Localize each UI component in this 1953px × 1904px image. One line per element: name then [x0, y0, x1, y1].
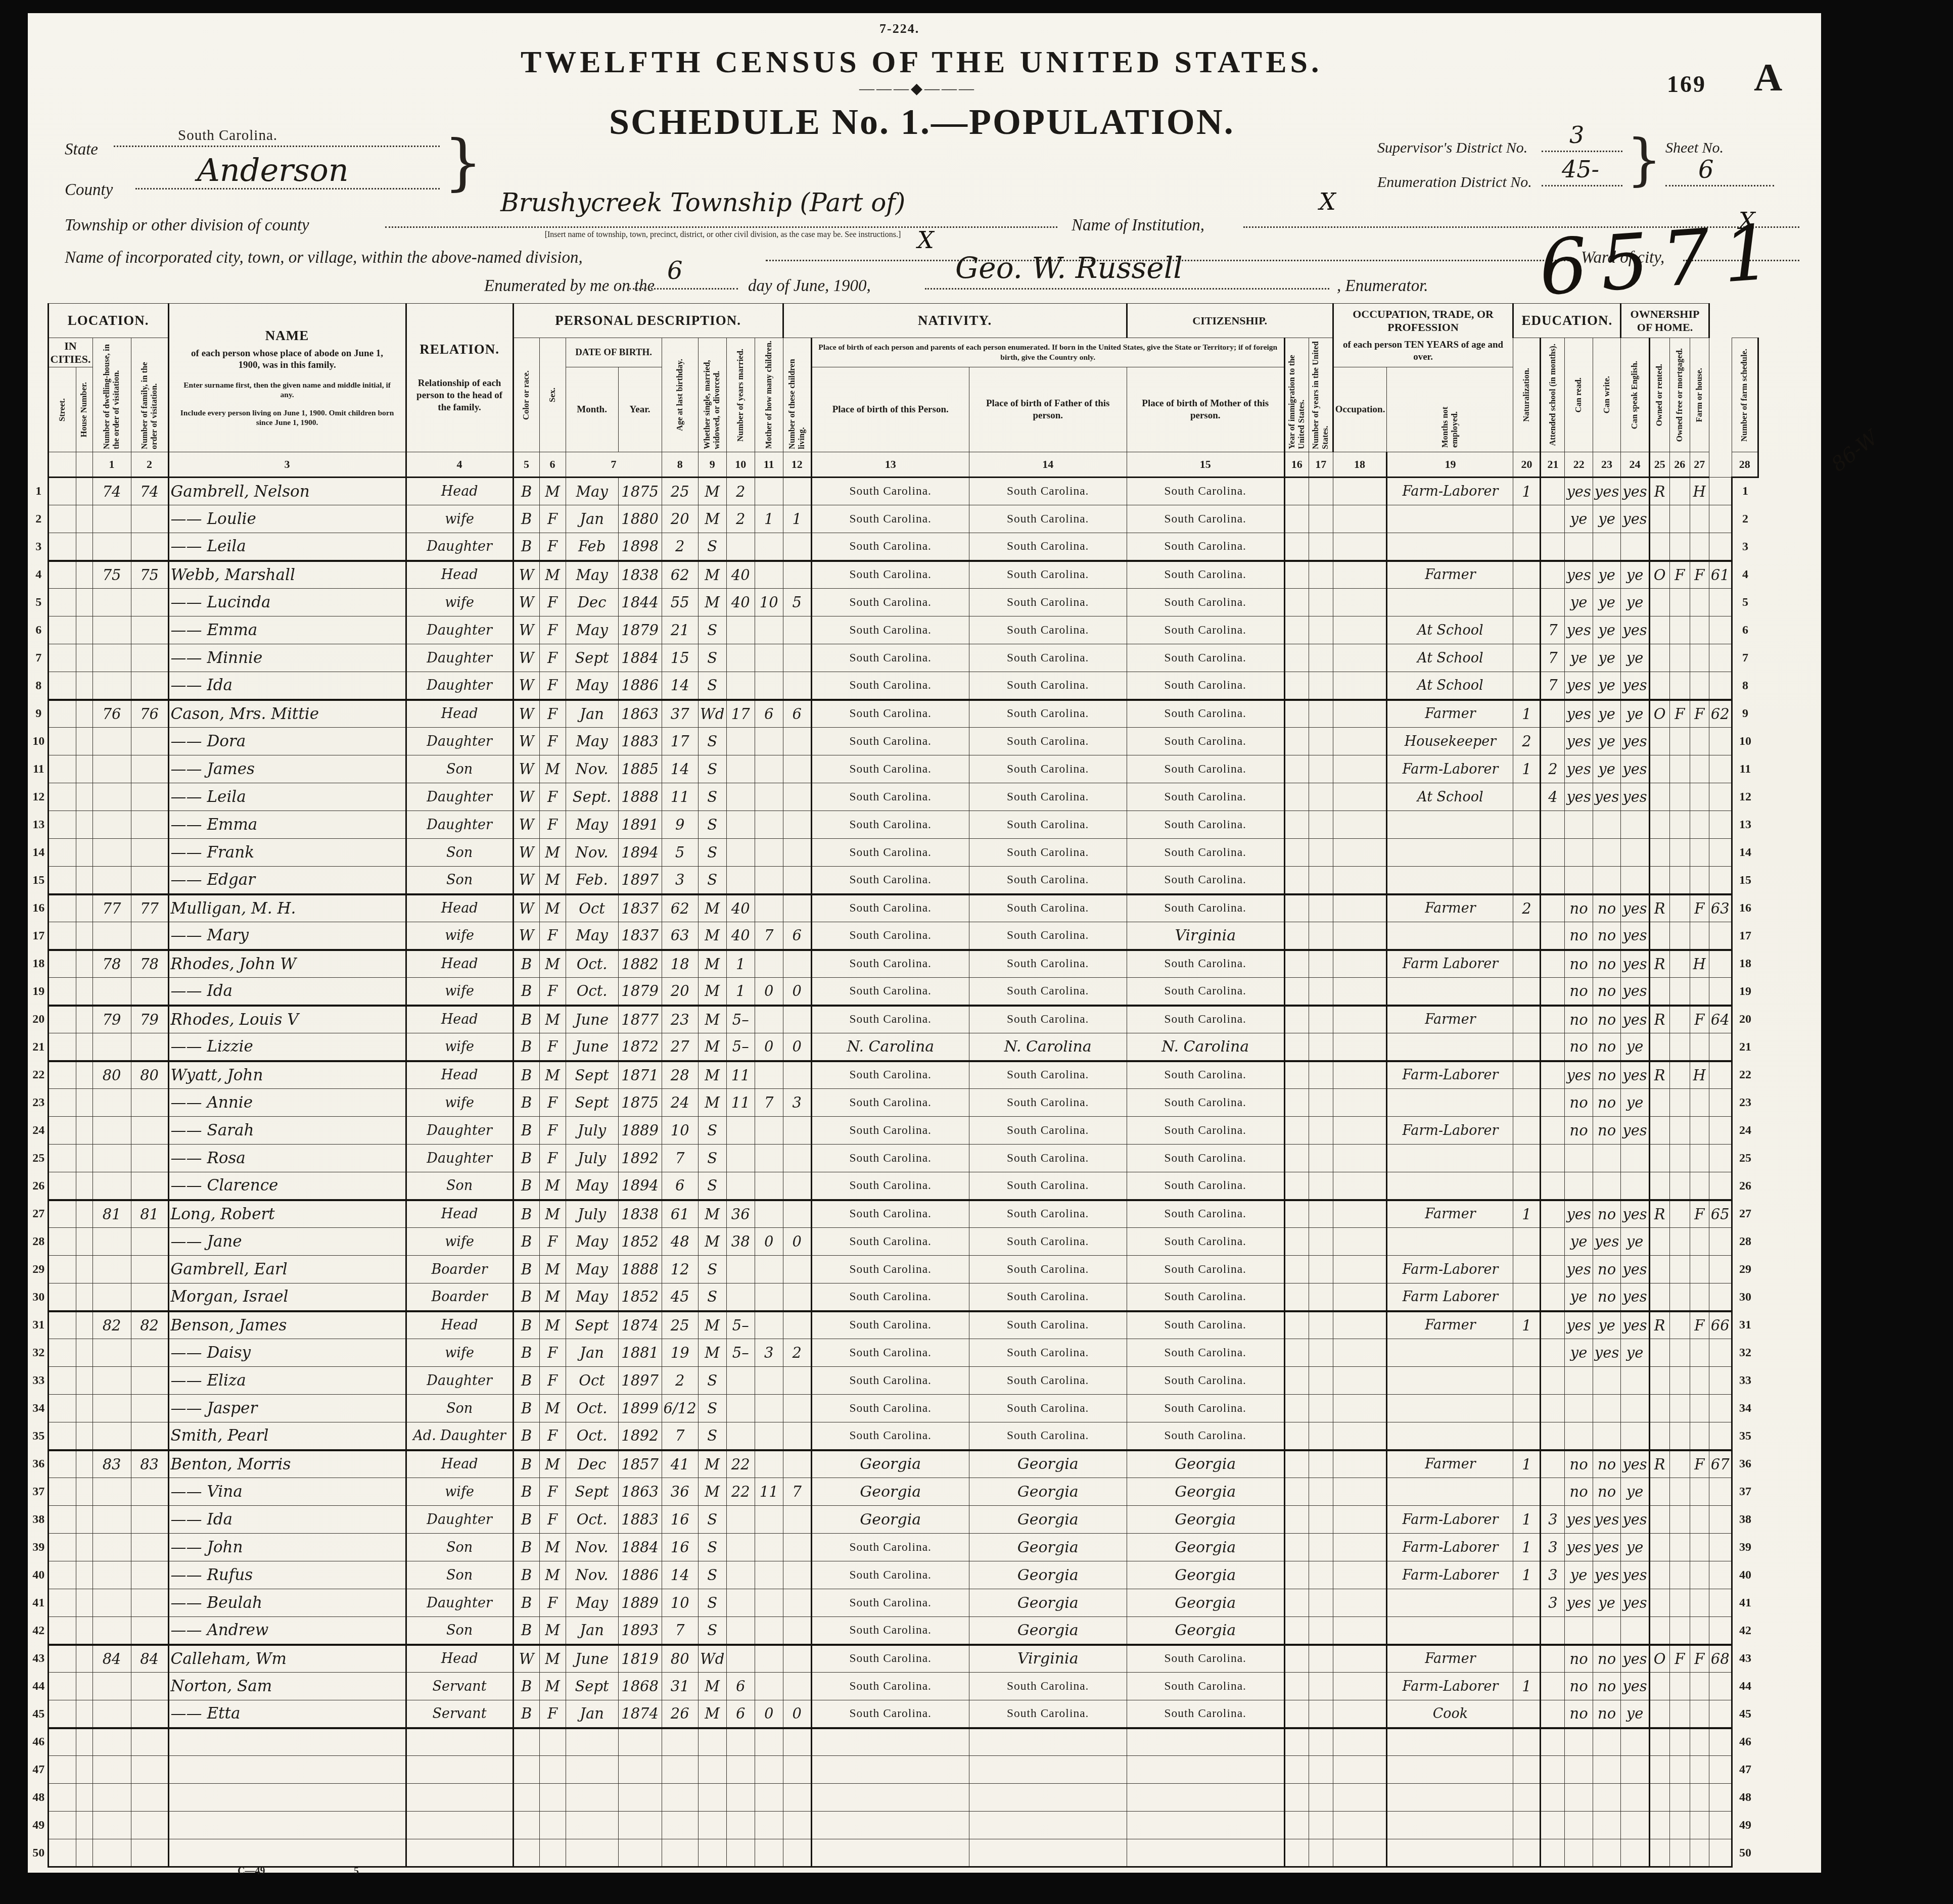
cell-birth-month: Feb [566, 533, 618, 561]
cell-can-read: yes [1565, 1061, 1593, 1089]
cell-family-number: 79 [131, 1006, 168, 1033]
cell-months-not-employed [1513, 1422, 1541, 1450]
cell-birth-month: Oct. [566, 950, 618, 978]
corner-handwritten-scrawl: 6571 [1537, 208, 1788, 312]
cell-color: B [513, 478, 539, 505]
cell-farm-schedule [1709, 728, 1732, 755]
cell-birth-month: Oct [566, 1367, 618, 1395]
family-label: Number of family, in the order of visita… [140, 341, 159, 449]
cell-can-read: yes [1565, 616, 1593, 644]
cell-farm-house [1690, 1339, 1709, 1367]
cell-owned-rented [1649, 867, 1669, 894]
cell-can-speak-english: yes [1621, 1200, 1649, 1228]
cell-name: Rhodes, John W [168, 950, 406, 978]
cell-sex: F [539, 1339, 566, 1367]
cell-marital-status: M [698, 478, 726, 505]
name-note-2: Include every person living on June 1, 1… [178, 408, 397, 428]
cell-can-read: no [1565, 1033, 1593, 1061]
cell-house-number [76, 1422, 92, 1450]
cell-relation: wife [406, 1228, 513, 1256]
cell-owned-rented: R [1649, 1200, 1669, 1228]
cell-color [513, 1728, 539, 1756]
colnum-13: 13 [811, 452, 969, 478]
street-label: Street. [58, 398, 67, 421]
cell-sex: F [539, 728, 566, 755]
cell-father-birthplace: South Carolina. [969, 867, 1127, 894]
cell-relation: Boarder [406, 1256, 513, 1283]
cell-owned-free [1669, 1534, 1690, 1561]
cell-color: W [513, 894, 539, 922]
cell-name: —— Etta [168, 1700, 406, 1728]
cell-street [48, 950, 76, 978]
cell-mother-of-children [755, 1561, 783, 1589]
cell-father-birthplace: Georgia [969, 1506, 1127, 1534]
cell-age: 37 [662, 700, 698, 728]
cell-years-married: 40 [726, 589, 755, 616]
cell-owned-rented [1649, 1256, 1669, 1283]
cell-color: B [513, 505, 539, 533]
cell-owned-free [1669, 1145, 1690, 1172]
cell-dwelling-number [92, 1700, 131, 1728]
cell-mother-of-children [755, 1812, 783, 1839]
cell-house-number [76, 561, 92, 589]
colnum-2: 2 [131, 452, 168, 478]
cell-can-speak-english: yes [1621, 1283, 1649, 1311]
cell-can-read [1565, 533, 1593, 561]
cell-can-read: yes [1565, 672, 1593, 700]
name-note-1: Enter surname first, then the given name… [178, 380, 397, 400]
cell-name [168, 1784, 406, 1812]
cell-naturalization [1333, 1061, 1387, 1089]
cell-street [48, 1728, 76, 1756]
census-table: LOCATION. NAME of each person whose plac… [30, 303, 1759, 1868]
cell-farm-house [1690, 755, 1709, 783]
cell-children-living [783, 894, 811, 922]
cell-years-in-us [1309, 644, 1333, 672]
cell-sex: M [539, 1534, 566, 1561]
cell-occupation [1387, 1145, 1513, 1172]
cell-years-married [726, 1728, 755, 1756]
cell-attended-school [1541, 1645, 1565, 1673]
colnum-14: 14 [969, 452, 1127, 478]
cell-birthplace: South Carolina. [811, 950, 969, 978]
cell-farm-schedule [1709, 1089, 1732, 1117]
col-header-ownership: OWNERSHIP OF HOME. [1621, 304, 1709, 338]
census-row: 4949 [30, 1812, 1758, 1839]
cell-dwelling-number: 78 [92, 950, 131, 978]
cell-mother-birthplace: Georgia [1127, 1450, 1284, 1478]
cell-owned-rented [1649, 589, 1669, 616]
cell-months-not-employed: 1 [1513, 1673, 1541, 1700]
cell-can-read: yes [1565, 1589, 1593, 1617]
cell-naturalization [1333, 1228, 1387, 1256]
cell-months-not-employed [1513, 561, 1541, 589]
cell-sex: M [539, 755, 566, 783]
cell-owned-free [1669, 672, 1690, 700]
cell-immigration-year [1284, 811, 1309, 839]
cell-owned-rented [1649, 1089, 1669, 1117]
cell-immigration-year [1284, 1367, 1309, 1395]
cell-father-birthplace: South Carolina. [969, 1006, 1127, 1033]
cell-farm-schedule [1709, 1839, 1732, 1867]
line-number-right: 32 [1732, 1339, 1758, 1367]
cell-immigration-year [1284, 1645, 1309, 1673]
colnum-25: 25 [1649, 452, 1669, 478]
cell-age [662, 1756, 698, 1784]
cell-dwelling-number [92, 1367, 131, 1395]
cell-name: —— Jane [168, 1228, 406, 1256]
col-header-education: EDUCATION. [1513, 304, 1621, 338]
cell-birth-month: Sept [566, 1089, 618, 1117]
cell-attended-school [1541, 1422, 1565, 1450]
cell-farm-house [1690, 1283, 1709, 1311]
cell-months-not-employed [1513, 1033, 1541, 1061]
cell-color: B [513, 1006, 539, 1033]
line-number-right: 21 [1732, 1033, 1758, 1061]
cell-mother-birthplace: South Carolina. [1127, 783, 1284, 811]
line-number-left: 7 [30, 644, 48, 672]
cell-name: —— Daisy [168, 1339, 406, 1367]
cell-mother-of-children [755, 644, 783, 672]
cell-family-number [131, 1534, 168, 1561]
cell-farm-schedule [1709, 1478, 1732, 1506]
cell-can-write: yes [1593, 1561, 1620, 1589]
cell-months-not-employed [1513, 672, 1541, 700]
cell-naturalization [1333, 589, 1387, 616]
scan-edge-bottom [0, 1873, 1953, 1904]
cell-age: 16 [662, 1534, 698, 1561]
cell-house-number [76, 1367, 92, 1395]
cell-naturalization [1333, 1006, 1387, 1033]
cell-name: —— Mary [168, 922, 406, 950]
cell-color: W [513, 700, 539, 728]
cell-occupation [1387, 1422, 1513, 1450]
col-header-marital: Whether single, married, widowed, or div… [698, 338, 726, 452]
cell-farm-house [1690, 644, 1709, 672]
cell-name: Cason, Mrs. Mittie [168, 700, 406, 728]
cell-house-number [76, 1534, 92, 1561]
cell-dwelling-number [92, 1145, 131, 1172]
cell-age [662, 1812, 698, 1839]
cell-dwelling-number [92, 1228, 131, 1256]
cell-naturalization [1333, 1478, 1387, 1506]
cell-dwelling-number [92, 728, 131, 755]
cell-can-speak-english: yes [1621, 1311, 1649, 1339]
cell-sex: M [539, 1395, 566, 1422]
cell-owned-rented [1649, 1839, 1669, 1867]
cell-marital-status: S [698, 1561, 726, 1589]
cell-farm-schedule [1709, 1283, 1732, 1311]
cell-attended-school [1541, 1395, 1565, 1422]
district-brace: } [1626, 127, 1662, 192]
colnum-16: 16 [1284, 452, 1309, 478]
cell-owned-rented [1649, 978, 1669, 1006]
cell-color [513, 1812, 539, 1839]
cell-father-birthplace: South Carolina. [969, 1311, 1127, 1339]
cell-farm-house [1690, 1422, 1709, 1450]
cell-can-write: no [1593, 1089, 1620, 1117]
cell-can-read: yes [1565, 478, 1593, 505]
cell-months-not-employed [1513, 1228, 1541, 1256]
cell-immigration-year [1284, 1839, 1309, 1867]
cell-father-birthplace: South Carolina. [969, 1228, 1127, 1256]
cell-years-married [726, 1256, 755, 1283]
cell-years-married [726, 1812, 755, 1839]
cell-can-speak-english: ye [1621, 644, 1649, 672]
cell-birth-month: Oct. [566, 1422, 618, 1450]
line-number-right: 28 [1732, 1228, 1758, 1256]
occupation-subtitle: of each person TEN YEARS of age and over… [1339, 339, 1507, 363]
cell-marital-status: M [698, 589, 726, 616]
line-number-left: 10 [30, 728, 48, 755]
cell-months-not-employed [1513, 644, 1541, 672]
cell-children-living [783, 1422, 811, 1450]
cell-naturalization [1333, 561, 1387, 589]
cell-street [48, 1256, 76, 1283]
cell-farm-house [1690, 783, 1709, 811]
cell-dwelling-number [92, 867, 131, 894]
cell-children-living [783, 1145, 811, 1172]
cell-years-in-us [1309, 783, 1333, 811]
cell-months-not-employed [1513, 1145, 1541, 1172]
cell-can-read: no [1565, 1006, 1593, 1033]
colnum-6: 6 [539, 452, 566, 478]
cell-attended-school [1541, 1367, 1565, 1395]
cell-can-read [1565, 1756, 1593, 1784]
cell-immigration-year [1284, 616, 1309, 644]
cell-naturalization [1333, 811, 1387, 839]
cell-birth-month: May [566, 811, 618, 839]
cell-naturalization [1333, 1450, 1387, 1478]
cell-relation: Daughter [406, 1367, 513, 1395]
cell-immigration-year [1284, 1506, 1309, 1534]
cell-mother-of-children [755, 1673, 783, 1700]
cell-color: B [513, 1450, 539, 1478]
cell-years-married: 5– [726, 1339, 755, 1367]
colnum-5: 5 [513, 452, 539, 478]
cell-naturalization [1333, 839, 1387, 867]
cell-house-number [76, 728, 92, 755]
cell-children-living: 3 [783, 1089, 811, 1117]
cell-years-in-us [1309, 1395, 1333, 1422]
cell-occupation: Housekeeper [1387, 728, 1513, 755]
cell-owned-free [1669, 1256, 1690, 1283]
cell-years-in-us [1309, 1145, 1333, 1172]
cell-owned-free [1669, 1506, 1690, 1534]
cell-birth-year: 1893 [618, 1617, 662, 1645]
cell-mother-birthplace: South Carolina. [1127, 505, 1284, 533]
cell-dwelling-number [92, 1812, 131, 1839]
cell-years-in-us [1309, 1839, 1333, 1867]
cell-mother-birthplace: South Carolina. [1127, 561, 1284, 589]
cell-name: —— Minnie [168, 644, 406, 672]
cell-name: —— James [168, 755, 406, 783]
cell-birthplace: South Carolina. [811, 783, 969, 811]
cell-marital-status: S [698, 616, 726, 644]
footer-number: 5 [354, 1866, 359, 1877]
cell-dwelling-number [92, 1784, 131, 1812]
cell-months-not-employed [1513, 1256, 1541, 1283]
cell-months-not-employed [1513, 839, 1541, 867]
line-number-right: 3 [1732, 533, 1758, 561]
cell-father-birthplace: South Carolina. [969, 1422, 1127, 1450]
cell-color: W [513, 728, 539, 755]
cell-family-number [131, 978, 168, 1006]
cell-naturalization [1333, 1561, 1387, 1589]
color-label: Color or race. [522, 370, 531, 420]
cell-can-write: yes [1593, 783, 1620, 811]
cell-years-married: 2 [726, 505, 755, 533]
cell-mother-of-children [755, 1422, 783, 1450]
cell-family-number [131, 1172, 168, 1200]
cell-color: B [513, 1256, 539, 1283]
cell-mother-of-children [755, 1589, 783, 1617]
cell-relation: wife [406, 1339, 513, 1367]
cell-house-number [76, 672, 92, 700]
cell-father-birthplace: South Carolina. [969, 950, 1127, 978]
cell-children-living [783, 1534, 811, 1561]
col-header-personal: PERSONAL DESCRIPTION. [513, 304, 783, 338]
col-header-color: Color or race. [513, 338, 539, 452]
cell-dwelling-number: 75 [92, 561, 131, 589]
cell-mother-birthplace: South Carolina. [1127, 1117, 1284, 1145]
cell-father-birthplace: South Carolina. [969, 589, 1127, 616]
cell-house-number [76, 811, 92, 839]
cell-can-write: no [1593, 1200, 1620, 1228]
cell-can-write [1593, 1422, 1620, 1450]
cell-occupation [1387, 1367, 1513, 1395]
cell-years-in-us [1309, 978, 1333, 1006]
cell-children-living [783, 1756, 811, 1784]
cell-owned-free [1669, 1339, 1690, 1367]
colnum-3: 3 [168, 452, 406, 478]
cell-months-not-employed [1513, 1839, 1541, 1867]
cell-years-married [726, 644, 755, 672]
line-number-left: 40 [30, 1561, 48, 1589]
col-header-attended-school: Attended school (in months). [1541, 338, 1565, 452]
cell-mother-birthplace [1127, 1756, 1284, 1784]
cell-dwelling-number [92, 1506, 131, 1534]
cell-age: 25 [662, 1311, 698, 1339]
cell-immigration-year [1284, 1061, 1309, 1089]
cell-farm-schedule [1709, 811, 1732, 839]
col-header-years-married: Number of years married. [726, 338, 755, 452]
cell-family-number: 78 [131, 950, 168, 978]
cell-name: —— Vina [168, 1478, 406, 1506]
cell-attended-school [1541, 839, 1565, 867]
cell-owned-rented [1649, 1172, 1669, 1200]
cell-age: 20 [662, 978, 698, 1006]
cell-birthplace: South Carolina. [811, 1256, 969, 1283]
cell-years-in-us [1309, 922, 1333, 950]
cell-attended-school: 4 [1541, 783, 1565, 811]
cell-farm-house [1690, 1228, 1709, 1256]
cell-years-married [726, 1645, 755, 1673]
col-header-children-living: Number of these children living. [783, 338, 811, 452]
cell-birth-month: July [566, 1200, 618, 1228]
cell-family-number [131, 1839, 168, 1867]
cell-attended-school [1541, 1311, 1565, 1339]
cell-attended-school [1541, 1172, 1565, 1200]
cell-birthplace: South Carolina. [811, 755, 969, 783]
cell-age: 31 [662, 1673, 698, 1700]
colnum-11: 11 [755, 452, 783, 478]
line-number-left: 23 [30, 1089, 48, 1117]
cell-months-not-employed [1513, 1784, 1541, 1812]
cell-family-number: 74 [131, 478, 168, 505]
cell-father-birthplace: South Carolina. [969, 1145, 1127, 1172]
cell-birth-year: 1899 [618, 1395, 662, 1422]
cell-father-birthplace: South Carolina. [969, 505, 1127, 533]
cell-name: —— Eliza [168, 1367, 406, 1395]
line-number-left: 46 [30, 1728, 48, 1756]
cell-years-in-us [1309, 1033, 1333, 1061]
cell-sex: F [539, 1506, 566, 1534]
col-header-can-read: Can read. [1565, 338, 1593, 452]
cell-dwelling-number [92, 922, 131, 950]
census-row: 21—— LizziewifeBFJune187227M5–00N. Carol… [30, 1033, 1758, 1061]
cell-farm-house [1690, 1117, 1709, 1145]
cell-attended-school [1541, 922, 1565, 950]
cell-age: 9 [662, 811, 698, 839]
cell-birth-year: 1888 [618, 1256, 662, 1283]
line-number-right: 45 [1732, 1700, 1758, 1728]
cell-months-not-employed [1513, 1617, 1541, 1645]
cell-street [48, 1089, 76, 1117]
col-header-occupation: OCCUPATION, TRADE, OR PROFESSION of each… [1333, 304, 1513, 367]
township-line [385, 226, 1057, 228]
cell-relation: Son [406, 1172, 513, 1200]
cell-age: 7 [662, 1422, 698, 1450]
cell-attended-school [1541, 978, 1565, 1006]
cell-birth-year: 1881 [618, 1339, 662, 1367]
cell-family-number [131, 672, 168, 700]
line-number-left: 31 [30, 1311, 48, 1339]
cell-relation: Head [406, 950, 513, 978]
cell-age [662, 1784, 698, 1812]
cell-name: —— Lucinda [168, 589, 406, 616]
cell-farm-schedule [1709, 1339, 1732, 1367]
cell-attended-school [1541, 1339, 1565, 1367]
cell-can-write: ye [1593, 589, 1620, 616]
line-number-right: 20 [1732, 1006, 1758, 1033]
cell-dwelling-number [92, 1422, 131, 1450]
cell-birth-year: 1884 [618, 644, 662, 672]
cell-birth-year: 1889 [618, 1117, 662, 1145]
cell-father-birthplace: South Carolina. [969, 1256, 1127, 1283]
line-number-left: 14 [30, 839, 48, 867]
cell-mother-of-children: 0 [755, 1700, 783, 1728]
cell-can-read: no [1565, 1089, 1593, 1117]
cell-farm-schedule [1709, 922, 1732, 950]
cell-age: 10 [662, 1589, 698, 1617]
cell-can-write: no [1593, 1283, 1620, 1311]
cell-color: B [513, 1283, 539, 1311]
colnum-23: 23 [1593, 452, 1620, 478]
census-row: 34—— JasperSonBMOct.18996/12SSouth Carol… [30, 1395, 1758, 1422]
cell-mother-birthplace: South Carolina. [1127, 672, 1284, 700]
col-header-pob-person: Place of birth of this Person. [811, 367, 969, 452]
cell-family-number [131, 1812, 168, 1839]
cell-house-number [76, 839, 92, 867]
cell-immigration-year [1284, 1728, 1309, 1756]
cell-birth-year [618, 1784, 662, 1812]
cell-birth-year [618, 1728, 662, 1756]
cell-color: B [513, 1061, 539, 1089]
cell-farm-house [1690, 1534, 1709, 1561]
cell-occupation: Farm Laborer [1387, 1283, 1513, 1311]
cell-dwelling-number [92, 644, 131, 672]
